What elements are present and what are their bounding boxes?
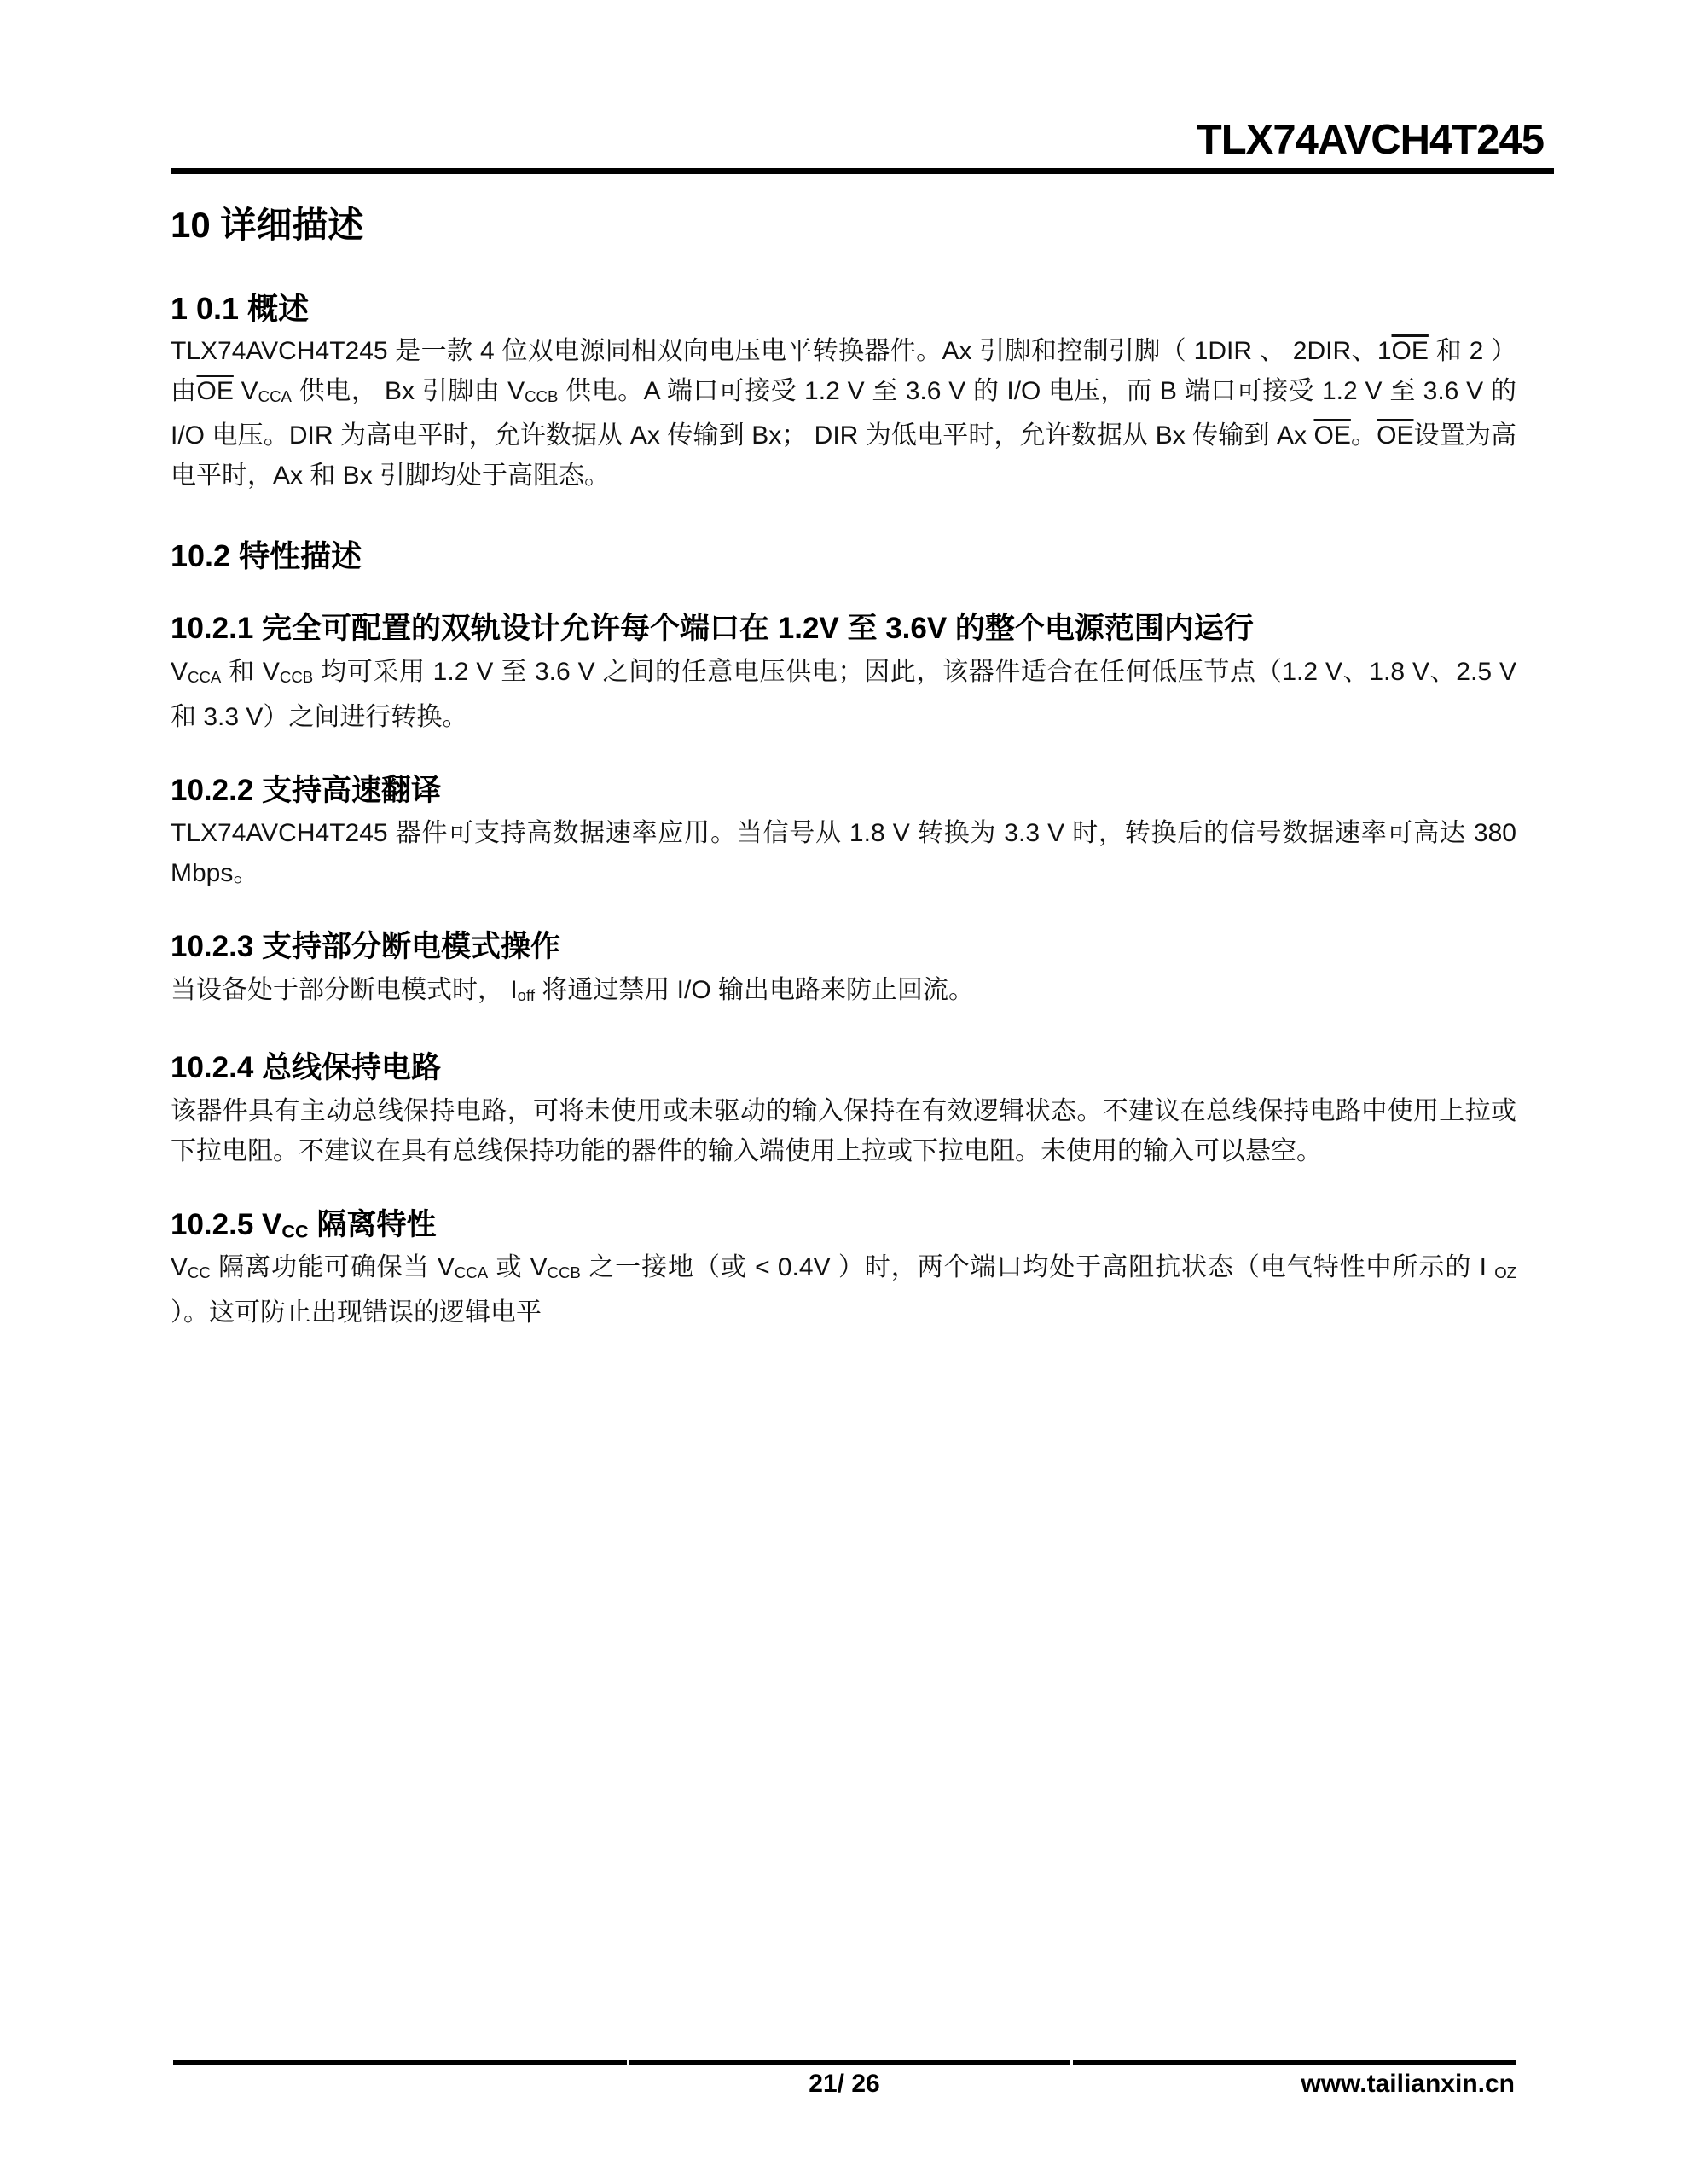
section-10-2-5-body: VCC 隔离功能可确保当 VCCA 或 VCCB 之一接地（或 < 0.4V ）… <box>171 1247 1516 1333</box>
footer-rule-segment <box>173 2060 627 2065</box>
footer-rule-segment <box>629 2060 1070 2065</box>
main-content: 10 详细描述 1 0.1 概述 TLX74AVCH4T245 是一款 4 位双… <box>171 174 1516 1333</box>
footer-rule <box>173 2060 1516 2065</box>
page-title: TLX74AVCH4T245 <box>1197 116 1544 164</box>
footer: 21/ 26 www.tailianxin.cn <box>173 2070 1516 2107</box>
section-10-2-3-body: 当设备处于部分断电模式时， Ioff 将通过禁用 I/O 输出电路来防止回流。 <box>171 970 1516 1015</box>
section-10-2-5-heading: 10.2.5 VCC 隔离特性 <box>171 1205 1516 1245</box>
section-10-2-2-body: TLX74AVCH4T245 器件可支持高数据速率应用。当信号从 1.8 V 转… <box>171 813 1516 893</box>
section-10-2-1-body: VCCA 和 VCCB 均可采用 1.2 V 至 3.6 V 之间的任意电压供电… <box>171 652 1516 737</box>
section-10-heading: 10 详细描述 <box>171 203 1516 248</box>
section-10-2-1-heading: 10.2.1 完全可配置的双轨设计允许每个端口在 1.2V 至 3.6V 的整个… <box>171 609 1516 648</box>
section-10-2-3-heading: 10.2.3 支持部分断电模式操作 <box>171 927 1516 967</box>
site-url: www.tailianxin.cn <box>1301 2070 1515 2099</box>
section-10-2-4-heading: 10.2.4 总线保持电路 <box>171 1048 1516 1088</box>
header-rule <box>171 168 1554 174</box>
footer-rule-segment <box>1073 2060 1516 2065</box>
section-10-2-heading: 10.2 特性描述 <box>171 537 1516 575</box>
section-10-2-4-body: 该器件具有主动总线保持电路，可将未使用或未驱动的输入保持在有效逻辑状态。不建议在… <box>171 1091 1516 1171</box>
page-number: 21/ 26 <box>809 2070 879 2099</box>
section-10-2-2-heading: 10.2.2 支持高速翻译 <box>171 771 1516 810</box>
section-10-1-body: TLX74AVCH4T245 是一款 4 位双电源同相双向电压电平转换器件。Ax… <box>171 331 1516 497</box>
section-10-1-heading: 1 0.1 概述 <box>171 289 1516 328</box>
datasheet-page: TLX74AVCH4T245 10 详细描述 1 0.1 概述 TLX74AVC… <box>0 0 1687 2184</box>
